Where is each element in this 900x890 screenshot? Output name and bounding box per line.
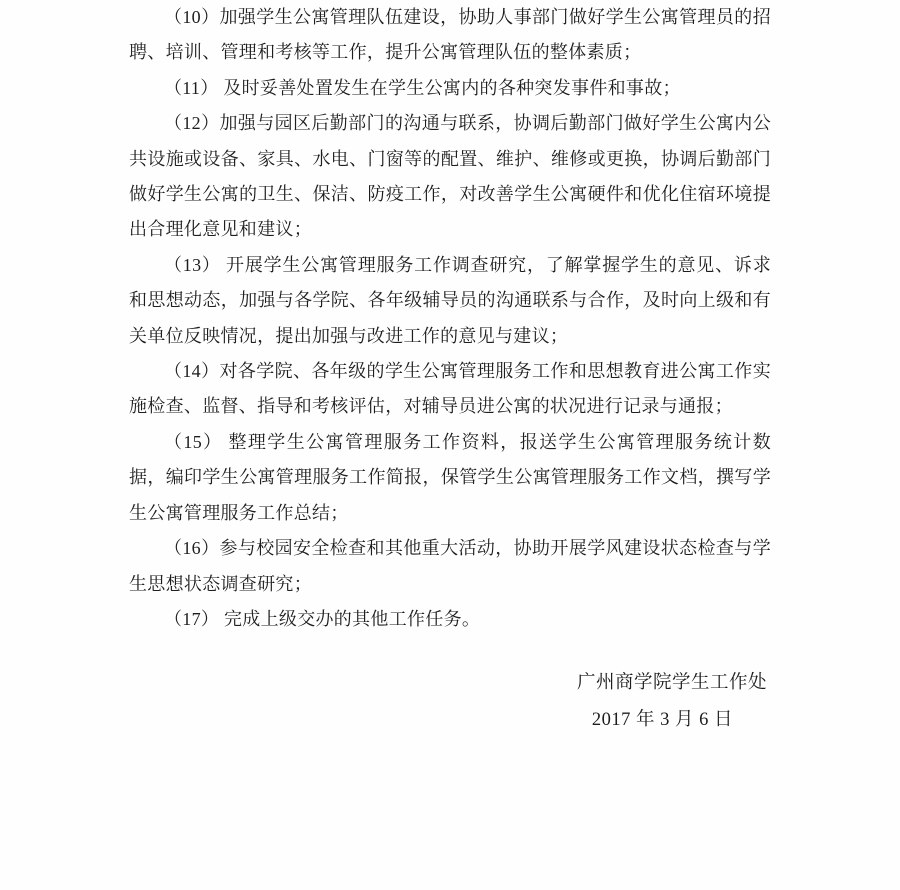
document-page: （10）加强学生公寓管理队伍建设，协助人事部门做好学生公寓管理员的招聘、培训、管… (0, 0, 900, 890)
paragraph-item-15: （15） 整理学生公寓管理服务工作资料，报送学生公寓管理服务统计数据，编印学生公… (129, 425, 771, 531)
paragraph-item-17: （17） 完成上级交办的其他工作任务。 (129, 602, 771, 637)
document-body: （10）加强学生公寓管理队伍建设，协助人事部门做好学生公寓管理员的招聘、培训、管… (129, 0, 771, 637)
paragraph-item-16: （16）参与校园安全检查和其他重大活动，协助开展学风建设状态检查与学生思想状态调… (129, 531, 771, 602)
signature-date: 2017 年 3 月 6 日 (592, 706, 733, 734)
paragraph-item-10: （10）加强学生公寓管理队伍建设，协助人事部门做好学生公寓管理员的招聘、培训、管… (129, 0, 771, 71)
paragraph-item-12: （12）加强与园区后勤部门的沟通与联系，协调后勤部门做好学生公寓内公共设施或设备… (129, 106, 771, 248)
paragraph-item-13: （13） 开展学生公寓管理服务工作调查研究，了解掌握学生的意见、诉求和思想动态，… (129, 248, 771, 354)
signature-unit: 广州商学院学生工作处 (577, 669, 767, 697)
paragraph-item-11: （11） 及时妥善处置发生在学生公寓内的各种突发事件和事故； (129, 71, 771, 106)
paragraph-item-14: （14）对各学院、各年级的学生公寓管理服务工作和思想教育进公寓工作实施检查、监督… (129, 354, 771, 425)
